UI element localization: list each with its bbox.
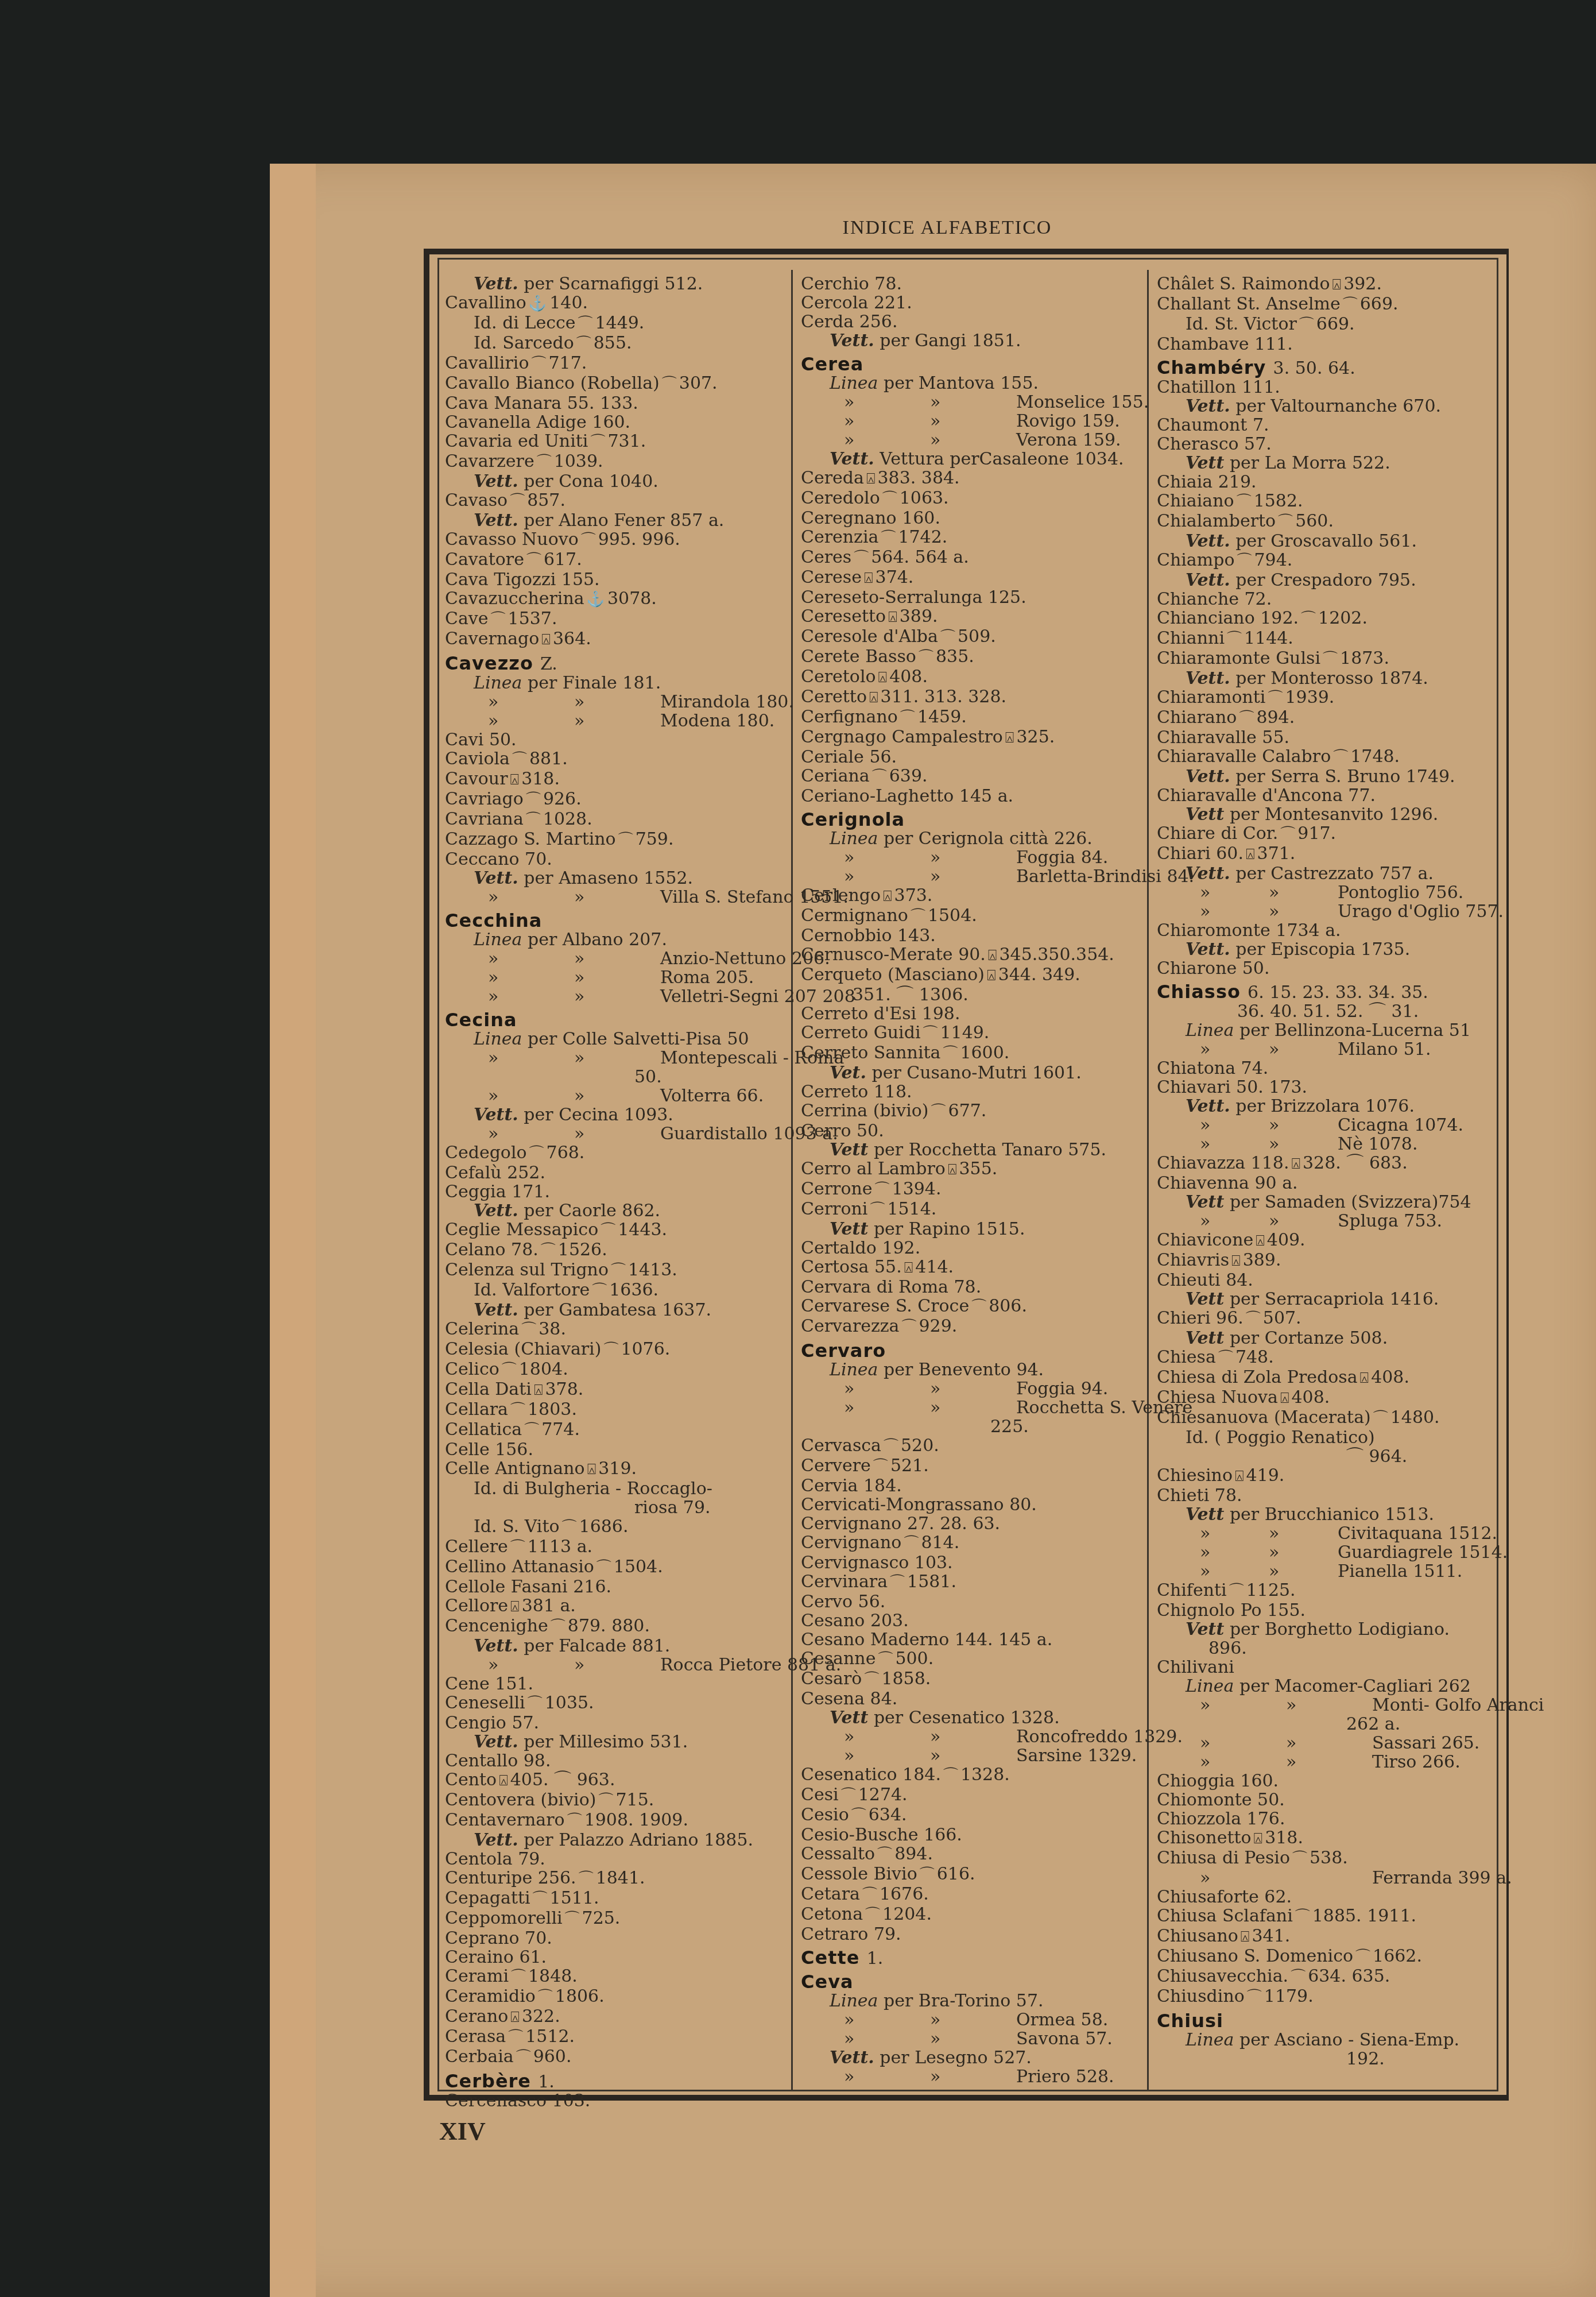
entry-name: Cerlengo <box>801 885 881 906</box>
index-entry: Vett. per Monterosso 1874. <box>1157 669 1501 688</box>
entry-refs: 926. <box>543 789 582 809</box>
entry-name: Cava Tigozzi 155. <box>445 570 600 590</box>
index-entry: Cesena 84. <box>801 1689 1142 1708</box>
index-entry: »»Spluga 753. <box>1157 1212 1501 1231</box>
ditto-mark: » <box>930 2067 1016 2086</box>
entry-name: Cavanella Adige 160. <box>445 412 630 432</box>
entry-refs: 1035. <box>545 1693 594 1713</box>
entry-name: Chiaramonti <box>1157 687 1265 707</box>
vettura-label: Vett. <box>830 449 874 469</box>
entry-name: Cesi <box>801 1785 839 1805</box>
entry-name: per Rapino 1515. <box>874 1219 1025 1239</box>
entry-name: Ormea 58. <box>1016 2010 1108 2030</box>
entry-name: Ceresetto <box>801 606 886 627</box>
entry-name: Savona 57. <box>1016 2029 1113 2049</box>
entry-name: Cerami <box>445 1966 509 1986</box>
entry-refs: 318. <box>1265 1828 1303 1848</box>
entry-name: Cepagatti <box>445 1888 530 1908</box>
index-entry: »»Velletri-Segni 207 208 <box>445 987 787 1006</box>
entry-refs: 717. <box>548 353 587 373</box>
ferry-icon: ⌒ <box>865 1907 880 1924</box>
entry-name: per Finale 181. <box>528 673 661 693</box>
index-entry: Chiusano S. Domenico⌒1662. <box>1157 1947 1501 1967</box>
index-entry: Chiaromonte 1734 a. <box>1157 921 1501 940</box>
ditto-mark: » <box>1200 1116 1269 1135</box>
ferry-icon: ⌒ <box>565 1911 580 1928</box>
entry-name: per Mantova 155. <box>884 373 1039 393</box>
index-entry: Cene 151. <box>445 1675 787 1693</box>
vettura-label: Vett <box>1186 1289 1224 1309</box>
entry-heading: Cerbère <box>445 2070 531 2092</box>
entry-refs: 759. <box>636 829 674 849</box>
vettura-label: Vett. <box>474 1105 518 1125</box>
vettura-label: Vet. <box>830 1063 866 1083</box>
entry-name: Chiarone 50. <box>1157 958 1269 979</box>
entry-refs: 3. 50. 64. <box>1273 358 1355 378</box>
entry-refs: 364. <box>553 629 591 649</box>
entry-refs: 669. <box>1360 294 1399 314</box>
ditto-mark: » <box>1286 1696 1372 1715</box>
entry-name: Cervignasco 103. <box>801 1553 953 1573</box>
entry-refs: 929. <box>919 1316 958 1336</box>
entry-name: Centallo 98. <box>445 1751 551 1771</box>
entry-refs: 1939. <box>1285 687 1334 707</box>
entry-refs: 669. <box>1316 314 1355 334</box>
entry-name: Cercola 221. <box>801 293 912 313</box>
index-entry: Cerese⍓374. <box>801 568 1142 588</box>
entry-name: per Groscavallo 561. <box>1235 531 1417 551</box>
index-entry: »»Guardistallo 1093 a. <box>445 1124 787 1143</box>
entry-heading: Cette <box>801 1947 859 1969</box>
entry-refs: 1179. <box>1264 1986 1314 2006</box>
index-entry: Linea per Cerignola città 226. <box>801 829 1142 848</box>
station-bell-icon: ⍓ <box>1241 1928 1250 1946</box>
ferry-icon: ⌒ <box>510 493 525 510</box>
index-entry: Cesio-Busche 166. <box>801 1826 1142 1844</box>
entry-refs: 1144. <box>1244 628 1293 648</box>
index-entry: Cetraro 79. <box>801 1925 1142 1944</box>
entry-name: Chieti 78. <box>1157 1486 1242 1506</box>
station-bell-icon: ⍓ <box>1256 1232 1265 1250</box>
ferry-icon: ⌒ <box>890 1574 905 1591</box>
index-entry: Certosa 55.⍓414. <box>801 1258 1142 1278</box>
entry-name: Ceneselli <box>445 1693 525 1713</box>
entry-refs: 408. <box>1371 1367 1409 1387</box>
entry-name: Cervere <box>801 1456 871 1476</box>
ferry-icon: ⌒ <box>1218 1349 1233 1367</box>
ferry-icon: ⌒ <box>538 1989 553 2006</box>
entry-name: Cereseto-Serralunga 125. <box>801 587 1026 608</box>
ditto-mark: » <box>844 1746 930 1765</box>
entry-name: Cavallirio <box>445 353 529 373</box>
entry-name: Cernobbio 143. <box>801 926 936 946</box>
entry-name: Cava Manara 55. 133. <box>445 393 638 413</box>
entry-name: Chiusa Sclafani <box>1157 1906 1293 1926</box>
entry-name: Cesano 203. <box>801 1611 909 1631</box>
index-entry: »»Pianella 1511. <box>1157 1562 1501 1581</box>
station-bell-icon: ⍓ <box>1231 1252 1241 1270</box>
station-bell-icon: ⍓ <box>587 1461 596 1478</box>
index-entry: Vett. per Palazzo Adriano 1885. <box>445 1831 787 1850</box>
index-entry: Vett. Vettura perCasaleone 1034. <box>801 450 1142 469</box>
entry-refs: 774. <box>541 1420 580 1440</box>
entry-refs: 1526. <box>558 1240 607 1260</box>
ferry-icon: ⌒ <box>864 1671 879 1688</box>
ditto-mark: » <box>1269 1135 1338 1154</box>
index-entry: »»Tirso 266. <box>1157 1753 1501 1772</box>
ditto-mark: » <box>574 949 660 968</box>
index-entry: »»Ormea 58. <box>801 2010 1142 2029</box>
ditto-mark: » <box>1200 1753 1286 1772</box>
vettura-label: Vett. <box>1186 570 1230 590</box>
index-entry: Vett. per Crespadoro 795. <box>1157 571 1501 590</box>
ditto-mark: » <box>1269 1040 1338 1059</box>
ferry-icon: ⌒ <box>1239 710 1254 727</box>
ditto-mark: » <box>1200 883 1269 902</box>
entry-name: Cervignano <box>801 1533 901 1553</box>
entry-name: Id. di Bulgheria - Roccaglo- <box>474 1479 712 1499</box>
ditto-mark: » <box>844 2029 930 2048</box>
entry-name: Cergnago Campalestro <box>801 727 1003 747</box>
ferry-icon: ⌒ <box>884 1438 898 1455</box>
entry-refs: 1480. <box>1390 1407 1440 1428</box>
index-entry: Centovera (bivio)⌒715. <box>445 1791 787 1811</box>
entry-refs: 1806. <box>555 1986 605 2006</box>
entry-name: ⌒ 964. <box>1346 1447 1407 1467</box>
entry-name: Chiavicone <box>1157 1230 1253 1250</box>
index-entry: Cerea <box>801 355 1142 374</box>
vettura-label: Vett. <box>830 2048 874 2068</box>
index-entry: Ceramidio⌒1806. <box>445 1987 787 2007</box>
linea-label: Linea <box>474 1029 522 1049</box>
index-entry: Cervara di Roma 78. <box>801 1278 1142 1297</box>
entry-refs: 1742. <box>898 527 947 547</box>
linea-label: Linea <box>474 673 522 693</box>
ditto-mark: » <box>488 968 574 987</box>
station-bell-icon: ⍓ <box>510 771 520 788</box>
entry-name: Chieuti 84. <box>1157 1270 1253 1290</box>
index-entry: Chiare di Cor.⌒917. <box>1157 824 1501 844</box>
entry-name: Roma 205. <box>660 968 754 988</box>
entry-name: per Lesegno 527. <box>880 2048 1032 2068</box>
entry-name: Cellino Attanasio <box>445 1557 594 1577</box>
index-entry: Cavriana⌒1028. <box>445 810 787 830</box>
entry-heading: Cerea <box>801 353 863 375</box>
entry-refs: Z. <box>540 654 557 674</box>
index-entry: Cava Tigozzi 155. <box>445 570 787 589</box>
entry-name: Cerfignano <box>801 707 898 727</box>
entry-heading: Cerignola <box>801 809 905 830</box>
entry-name: Chiesino <box>1157 1465 1233 1486</box>
index-entry: Centola 79. <box>445 1850 787 1869</box>
station-bell-icon: ⍓ <box>864 570 873 587</box>
index-entry: Ceggia 171. <box>445 1182 787 1201</box>
entry-name: 36. 40. 51. 52. ⌒ 31. <box>1237 1001 1419 1022</box>
ditto-mark: » <box>574 1086 660 1105</box>
entry-name: Cerano <box>445 2006 508 2027</box>
index-entry: Chianciano 192.⌒1202. <box>1157 609 1501 629</box>
index-entry: Chiesanuova (Macerata)⌒1480. <box>1157 1408 1501 1428</box>
entry-name: per Gangi 1851. <box>880 331 1021 351</box>
index-entry: Cerbaia⌒960. <box>445 2047 787 2067</box>
ferry-icon: ⌒ <box>877 1846 892 1863</box>
index-entry: Cereseto-Serralunga 125. <box>801 588 1142 607</box>
index-entry: Vett. per Gambatesa 1637. <box>445 1301 787 1320</box>
index-entry: Cesanne⌒500. <box>801 1649 1142 1669</box>
index-entry: »»Monti- Golfo Aranci <box>1157 1696 1501 1715</box>
index-entry: »»Anzio-Nettuno 206. <box>445 949 787 968</box>
index-entry: »»Rovigo 159. <box>801 412 1142 431</box>
ditto-mark: » <box>1200 1734 1286 1753</box>
index-entry: Cavallino⚓140. <box>445 293 787 314</box>
linea-label: Linea <box>1186 1020 1234 1041</box>
entry-refs: 507. <box>1263 1308 1301 1328</box>
entry-name: Cercenasco 103. <box>445 2091 590 2111</box>
entry-name: Cesarò <box>801 1669 862 1689</box>
entry-name: Chiesa <box>1157 1347 1216 1367</box>
entry-name: Centavernaro <box>445 1810 565 1830</box>
entry-name: Tirso 266. <box>1372 1752 1461 1772</box>
index-column-1: Vett. per Scarnafiggi 512.Cavallino⚓140.… <box>445 274 787 2110</box>
index-entry: »»Sarsine 1329. <box>801 1746 1142 1765</box>
index-entry: Cavour⍓318. <box>445 769 787 790</box>
entry-name: Cento <box>445 1770 497 1790</box>
entry-name: Châlet S. Raimondo <box>1157 274 1330 294</box>
entry-name: Chioggia 160. <box>1157 1771 1279 1791</box>
index-entry: Celle Antignano⍓319. <box>445 1459 787 1479</box>
index-entry: Chiavicone⍓409. <box>1157 1231 1501 1251</box>
entry-name: per Crespadoro 795. <box>1235 570 1416 590</box>
index-entry: Cellara⌒1803. <box>445 1400 787 1420</box>
entry-name: Id. S. Vito <box>474 1517 560 1537</box>
entry-refs: 879. 880. <box>568 1616 650 1636</box>
station-bell-icon: ⍓ <box>1254 1830 1263 1847</box>
index-entry: »»Villa S. Stefano 1551. <box>445 888 787 907</box>
entry-refs: 1662. <box>1373 1946 1422 1966</box>
ditto-mark: » <box>488 711 574 730</box>
entry-refs: 1582. <box>1254 491 1303 511</box>
entry-refs: 616. <box>937 1864 975 1884</box>
entry-refs: 389. <box>900 606 938 627</box>
ditto-mark: » <box>574 1124 660 1143</box>
index-entry: »»Civitaquana 1512. <box>1157 1524 1501 1543</box>
index-entry: Vett. per Cecina 1093. <box>445 1105 787 1124</box>
entry-name: Cervia 184. <box>801 1476 902 1496</box>
ferry-icon: ⌒ <box>919 649 933 666</box>
index-entry: Ceretolo⍓408. <box>801 667 1142 687</box>
entry-name: Chiusano S. Domenico <box>1157 1946 1353 1966</box>
index-entry: Chioggia 160. <box>1157 1772 1501 1791</box>
ferry-icon: ⌒ <box>851 1807 866 1824</box>
entry-name: Cavaria ed Uniti <box>445 431 588 451</box>
entry-name: Cetara <box>801 1884 860 1904</box>
index-entry: Chiusi <box>1157 2012 1501 2031</box>
entry-name: Cervinara <box>801 1572 888 1592</box>
entry-name: per Bra-Torino 57. <box>884 1991 1043 2011</box>
ferry-icon: ⌒ <box>1278 513 1293 531</box>
entry-name: Chambave 111. <box>1157 334 1293 354</box>
index-entry: Vett. per Alano Fener 857 a. <box>445 511 787 530</box>
index-entry: Chiaramonte Gulsi⌒1873. <box>1157 649 1501 669</box>
entry-name: Cesenatico 184. <box>801 1765 941 1785</box>
entry-heading: Ceva <box>801 1971 854 1993</box>
entry-name: Ceprano 70. <box>445 1928 552 1948</box>
entry-name: Ceregnano 160. <box>801 508 940 528</box>
ditto-mark: » <box>1200 1869 1286 1888</box>
entry-refs: 319. <box>598 1459 637 1479</box>
vettura-label: Vett <box>1186 1192 1224 1212</box>
ditto-mark: » <box>488 1049 574 1068</box>
entry-name: per Cerignola città 226. <box>884 829 1093 849</box>
index-entry: Vett. per Falcade 881. <box>445 1637 787 1656</box>
index-entry: Ceregnano 160. <box>801 509 1142 528</box>
index-entry: »»Foggia 94. <box>801 1379 1142 1398</box>
entry-name: Ceresole d'Alba <box>801 627 938 647</box>
entry-refs: 1394. <box>892 1179 942 1199</box>
station-bell-icon: ⍓ <box>499 1772 508 1789</box>
index-entry: »»Rocchetta S. Venere <box>801 1398 1142 1417</box>
index-entry: Ceresetto⍓389. <box>801 607 1142 627</box>
index-entry: »»Priero 528. <box>801 2067 1142 2086</box>
index-entry: Cervarese S. Croce⌒806. <box>801 1297 1142 1317</box>
entry-name: Cerroni <box>801 1199 867 1219</box>
entry-name: Chiomonte 50. <box>1157 1790 1285 1810</box>
index-entry: Ceresole d'Alba⌒509. <box>801 627 1142 647</box>
entry-name: Ceggia 171. <box>445 1182 550 1202</box>
entry-name: per Brizzolara 1076. <box>1235 1096 1415 1116</box>
entry-name: per Episcopia 1735. <box>1235 939 1410 960</box>
index-entry: Linea per Asciano - Siena-Emp. <box>1157 2031 1501 2049</box>
entry-refs: 1076. <box>621 1339 670 1359</box>
entry-name: per Macomer-Cagliari 262 <box>1239 1676 1471 1696</box>
entry-name: Chiarano <box>1157 707 1237 728</box>
ditto-mark: » <box>574 1656 660 1675</box>
entry-name: Chiavenna 90 a. <box>1157 1173 1298 1193</box>
entry-name: per Samaden (Svizzera)754 <box>1230 1192 1471 1212</box>
entry-refs: 1202. <box>1318 608 1368 628</box>
entry-name: Centuripe 256. <box>445 1868 576 1888</box>
ferry-icon: ⌒ <box>923 1025 938 1042</box>
entry-name: Cavour <box>445 769 508 789</box>
entry-name: 896. <box>1208 1638 1247 1658</box>
column-divider <box>1147 270 1149 2090</box>
entry-name: Cella Dati <box>445 1379 532 1399</box>
ditto-mark: » <box>574 888 660 907</box>
index-entry: Cervere⌒521. <box>801 1456 1142 1476</box>
index-entry: Cesi⌒1274. <box>801 1785 1142 1805</box>
entry-name: Cesio <box>801 1805 849 1825</box>
entry-name: Chiesanuova (Macerata) <box>1157 1407 1371 1428</box>
page-edge <box>270 164 316 2297</box>
entry-name: Chianche 72. <box>1157 589 1272 609</box>
entry-name: Centovera (bivio) <box>445 1790 596 1810</box>
entry-name: Cavriana <box>445 809 524 829</box>
entry-refs: 1858. <box>881 1669 931 1689</box>
entry-name: per Palazzo Adriano 1885. <box>524 1830 753 1850</box>
entry-refs: 634. 635. <box>1308 1966 1390 1986</box>
ferry-icon: ⌒ <box>1247 1989 1262 2006</box>
index-entry: Caviola⌒881. <box>445 749 787 769</box>
entry-name: Chiusdino <box>1157 1986 1245 2006</box>
entry-refs: 1204. <box>882 1904 932 1924</box>
index-entry: Celico⌒1804. <box>445 1360 787 1380</box>
index-entry: Chiusdino⌒1179. <box>1157 1987 1501 2007</box>
entry-name: Cellatica <box>445 1420 522 1440</box>
entry-name: Ceredolo <box>801 488 880 508</box>
index-entry: Cervia 184. <box>801 1476 1142 1495</box>
index-entry: »»Barletta-Brindisi 84. <box>801 867 1142 886</box>
ditto-mark: » <box>1200 902 1269 921</box>
index-entry: Cerreto Sannita⌒1600. <box>801 1043 1142 1064</box>
entry-refs: 1581. <box>907 1572 956 1592</box>
entry-name: Chisonetto <box>1157 1828 1252 1848</box>
ditto-mark: » <box>844 2010 930 2029</box>
ferry-icon: ⌒ <box>576 335 591 353</box>
entry-name: per Falcade 881. <box>524 1636 670 1656</box>
entry-refs: 1804. <box>519 1359 568 1379</box>
entry-refs: 1511. <box>550 1888 599 1908</box>
index-entry: Linea per Colle Salvetti-Pisa 50 <box>445 1030 787 1049</box>
index-entry: Vett. per Caorle 862. <box>445 1201 787 1220</box>
index-entry: Chiaia 219. <box>1157 473 1501 492</box>
entry-refs: 1328. <box>960 1765 1010 1785</box>
index-entry: Chiaravalle d'Ancona 77. <box>1157 786 1501 805</box>
index-entry: »»Monselice 155. <box>801 393 1142 412</box>
index-entry: Cerasa⌒1512. <box>445 2027 787 2047</box>
entry-name: 192. <box>1346 2049 1385 2069</box>
entry-name: Chialamberto <box>1157 511 1276 531</box>
index-entry: Linea per Bellinzona-Lucerna 51 <box>1157 1021 1501 1040</box>
ferry-icon: ⌒ <box>900 709 915 726</box>
ditto-mark: » <box>930 1746 1016 1765</box>
index-entry: Chifenti⌒1125. <box>1157 1581 1501 1601</box>
entry-name: per Cecina 1093. <box>524 1105 673 1125</box>
index-entry: »»Savona 57. <box>801 2029 1142 2048</box>
index-entry: Cerro 50. <box>801 1122 1142 1140</box>
entry-name: per Colle Salvetti-Pisa 50 <box>528 1029 749 1049</box>
entry-name: Cerrone <box>801 1179 873 1199</box>
entry-refs: 1803. <box>528 1399 577 1420</box>
entry-name: Cerchio 78. <box>801 274 902 294</box>
index-entry: Cavazuccherina⚓3078. <box>445 589 787 609</box>
entry-name: Guardiagrele 1514. <box>1338 1542 1508 1563</box>
ditto-mark: » <box>574 693 660 711</box>
index-entry: Cavasso Nuovo⌒995. 996. <box>445 530 787 550</box>
ferry-icon: ⌒ <box>601 1222 615 1239</box>
index-entry: Vett per Rocchetta Tanaro 575. <box>801 1140 1142 1159</box>
vettura-label: Vett. <box>1186 864 1230 884</box>
entry-name: per Asciano - Siena-Emp. <box>1239 2030 1459 2050</box>
index-entry: Cervinara⌒1581. <box>801 1572 1142 1592</box>
vettura-label: Vett. <box>830 331 874 351</box>
index-entry: 50. <box>445 1068 787 1086</box>
entry-name: Cerreto Guidi <box>801 1023 920 1043</box>
entry-name: Cerreto 118. <box>801 1082 912 1102</box>
entry-refs: 564. 564 a. <box>871 547 969 567</box>
index-entry: Id. St. Victor⌒669. <box>1157 315 1501 335</box>
index-entry: »Ferranda 399 a. <box>1157 1869 1501 1888</box>
entry-refs: 414. <box>915 1257 954 1277</box>
index-entry: Chieri 96.⌒507. <box>1157 1309 1501 1329</box>
entry-refs: 806. <box>989 1296 1027 1316</box>
index-entry: »»Montepescali - Roma <box>445 1049 787 1068</box>
entry-refs: 408. <box>1292 1387 1330 1407</box>
entry-refs: 1885. 1911. <box>1312 1906 1416 1926</box>
entry-name: per Rocchetta Tanaro 575. <box>874 1140 1106 1160</box>
entry-name: Cavarzere <box>445 451 534 471</box>
entry-refs: 311. 313. 328. <box>881 687 1006 707</box>
index-entry: Cazzago S. Martino⌒759. <box>445 830 787 850</box>
